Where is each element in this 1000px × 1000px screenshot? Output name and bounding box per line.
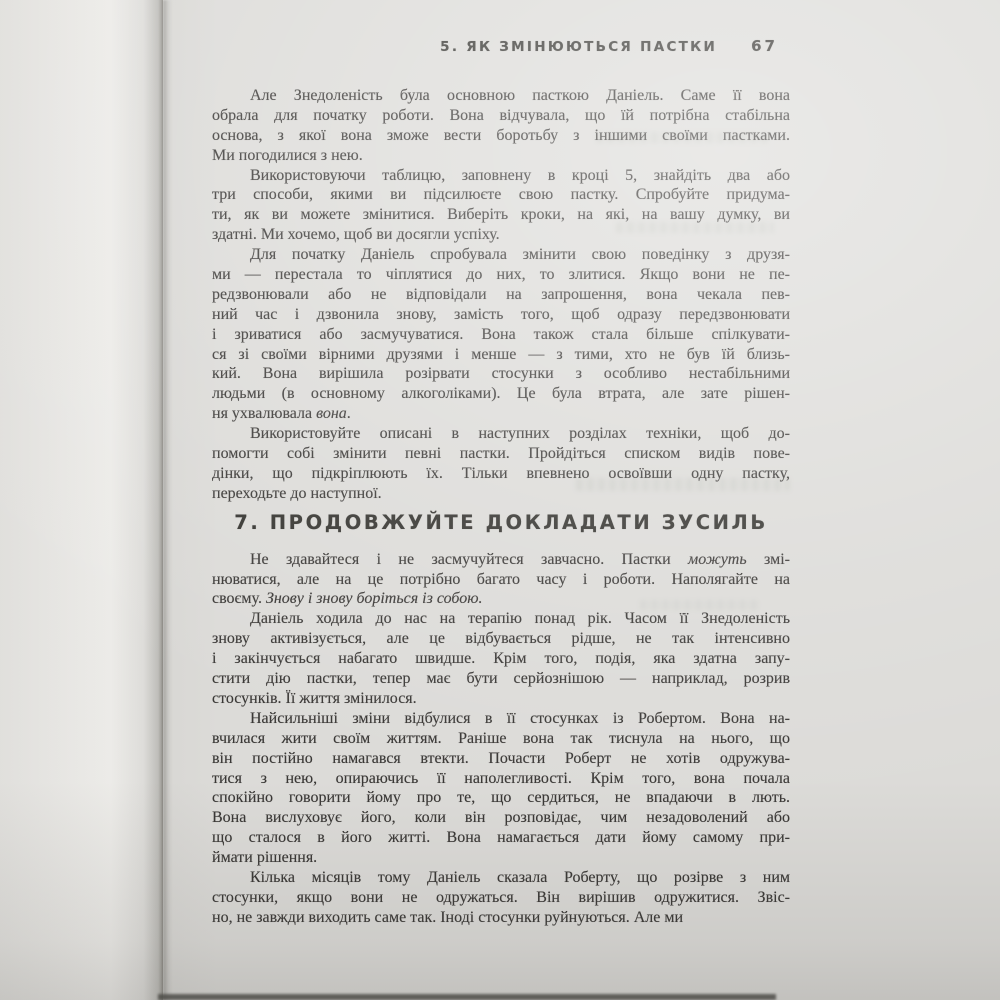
text-line: обрала для початку роботи. Вона відчувал… <box>212 106 790 126</box>
text-line: Найсильніші зміни відбулися в її стосунк… <box>212 709 790 729</box>
paragraph: Використовуйте описані в наступних розді… <box>212 424 790 504</box>
text-line: Вона вислуховує його, коли він розповіда… <box>212 808 790 828</box>
text-line: стосунків. Її життя змінилося. <box>212 689 790 709</box>
text-line: людьми (в основному алкоголіками). Це бу… <box>212 384 790 404</box>
text-block: Але Знедоленість була основною пасткою Д… <box>212 86 790 928</box>
text-line: що сталося в його житті. Вона намагаєтьс… <box>212 828 790 848</box>
text-line: кий. Вона вирішила розірвати стосунки з … <box>212 364 790 384</box>
page-fold-shadow <box>163 0 172 1000</box>
text-line: і закінчується набагато швидше. Крім тог… <box>212 649 790 669</box>
text-line: спокійно говорити йому про те, що сердит… <box>212 788 790 808</box>
text-line: редзвонювали або не відповідали на запро… <box>212 285 790 305</box>
text-line: Використовуйте описані в наступних розді… <box>212 424 790 444</box>
paragraph: Даніель ходила до нас на терапію понад р… <box>212 609 790 708</box>
text-line: своєму. Знову і знову боріться із собою. <box>212 589 790 609</box>
text-line: помогти собі змінити певні пастки. Пройд… <box>212 444 790 464</box>
text-line: ня ухвалювала вона. <box>212 404 790 424</box>
paragraph: Не здавайтеся і не засмучуйтеся завчасно… <box>212 550 790 610</box>
chapter-title: 5. ЯК ЗМІНЮЮТЬСЯ ПАСТКИ <box>440 39 717 55</box>
text-line: стити дію пастки, тепер має бути серйозн… <box>212 669 790 689</box>
text-line: стосунки, якщо вони не одружаться. Він в… <box>212 888 790 908</box>
text-line: переходьте до наступної. <box>212 484 790 504</box>
text-line: Кілька місяців тому Даніель сказала Робе… <box>212 868 790 888</box>
text-line: дінки, що підкріплюють їх. Тільки впевне… <box>212 464 790 484</box>
text-line: Даніель ходила до нас на терапію понад р… <box>212 609 790 629</box>
text-line: знову активізується, але це відбувається… <box>212 629 790 649</box>
text-line: основа, з якої вона зможе вести боротьбу… <box>212 126 790 146</box>
text-line: но, не завжди виходить саме так. Іноді с… <box>212 908 790 928</box>
paragraph: Але Знедоленість була основною пасткою Д… <box>212 86 790 166</box>
text-line: три способи, якими ви підсилюєте свою па… <box>212 185 790 205</box>
text-line: ймати рішення. <box>212 848 790 868</box>
text-line: нюватися, але на це потрібно багато часу… <box>212 570 790 590</box>
page-number: 67 <box>751 37 778 55</box>
text-line: Ми погодилися з нею. <box>212 146 790 166</box>
text-line: вчилася жити своїм життям. Раніше вона т… <box>212 729 790 749</box>
text-line: тися з нею, опираючись її наполегливості… <box>212 769 790 789</box>
text-line: Використовуючи таблицю, заповнену в кроц… <box>212 166 790 186</box>
text-line: ний час і дзвонила знову, замість того, … <box>212 305 790 325</box>
table-edge-shadow <box>158 994 776 1000</box>
text-line: ти, як ви можете змінитися. Виберіть кро… <box>212 205 790 225</box>
text-line: і зриватися або засмучуватися. Вона тако… <box>212 325 790 345</box>
text-line: Але Знедоленість була основною пасткою Д… <box>212 86 790 106</box>
running-header: 5. ЯК ЗМІНЮЮТЬСЯ ПАСТКИ 67 <box>212 37 790 55</box>
text-line: здатні. Ми хочемо, щоб ви досягли успіху… <box>212 225 790 245</box>
text-line: Не здавайтеся і не засмучуйтеся завчасно… <box>212 550 790 570</box>
book-page-photo: 5. ЯК ЗМІНЮЮТЬСЯ ПАСТКИ 67 Але Знедолені… <box>0 0 1000 1000</box>
section-heading: 7. ПРОДОВЖУЙТЕ ДОКЛАДАТИ ЗУСИЛЬ <box>212 513 790 539</box>
paragraph: Використовуючи таблицю, заповнену в кроц… <box>212 166 790 246</box>
text-line: ми — перестала то чіплятися до них, то з… <box>212 265 790 285</box>
paragraph: Для початку Даніель спробувала змінити с… <box>212 245 790 424</box>
text-line: він постійно намагався втекти. Почасти Р… <box>212 749 790 769</box>
text-line: Для початку Даніель спробувала змінити с… <box>212 245 790 265</box>
facing-page-edge <box>0 0 163 1000</box>
paragraph: Найсильніші зміни відбулися в її стосунк… <box>212 709 790 868</box>
paragraph: Кілька місяців тому Даніель сказала Робе… <box>212 868 790 928</box>
text-line: ся зі своїми вірними друзями і менше — з… <box>212 345 790 365</box>
